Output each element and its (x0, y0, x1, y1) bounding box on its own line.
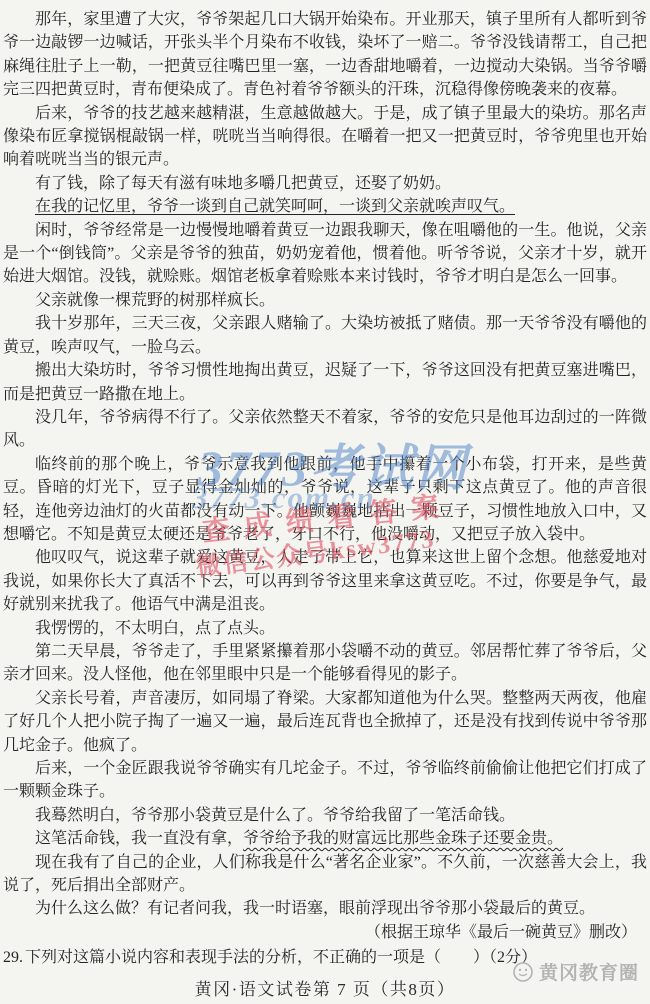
wavy-underlined-sentence: 爷爷给予我的财富远比那些金珠子还要金贵。 (243, 830, 563, 847)
paragraph-10: 临终前的那个晚上，爷爷示意我到他跟前，他手中攥着一个小布袋，打开来，是些黄豆。昏… (3, 453, 647, 547)
paragraph-6: 父亲就像一棵荒野的树那样疯长。 (3, 289, 647, 312)
brand-logo-icon (512, 961, 534, 983)
paragraph-17-wavy: 这笔活命钱，我一直没有拿，爷爷给予我的财富远比那些金珠子还要金贵。 (3, 827, 647, 850)
paragraph-7: 我十岁那年，三天三夜，父亲跟人赌输了。大染坊被抵了赌债。那一天爷爷没有嚼他的黄豆… (3, 312, 647, 359)
paragraph-15: 后来，一个金匠跟我说爷爷确实有几坨金子。不过，爷爷临终前偷偷让他把它们打成了一颗… (3, 757, 647, 804)
underlined-sentence: 在我的记忆里，爷爷一谈到自己就笑呵呵，一谈到父亲就唉声叹气。 (35, 198, 515, 215)
paragraph-9: 没几年，爷爷病得不行了。父亲依然整天不着家，爷爷的安危只是他耳边刮过的一阵微风。 (3, 406, 647, 453)
paragraph-16: 我蓦然明白，爷爷那小袋黄豆是什么了。爷爷给我留了一笔活命钱。 (3, 804, 647, 827)
question-text: 下列对这篇小说内容和表现手法的分析，不正确的一项是（ ）（2分） (25, 949, 537, 966)
reading-passage: 那年，家里遭了大灾，爷爷架起几口大锅开始染布。开业那天，镇子里所有人都听到爷爷一… (0, 0, 650, 970)
paragraph-3: 有了钱，除了每天有滋有味地多嚼几把黄豆，还娶了奶奶。 (3, 172, 647, 195)
paragraph-19: 为什么这么做？有记者问我，我一时语塞，眼前浮现出爷爷那小袋最后的黄豆。 (3, 897, 647, 920)
paragraph-5: 闲时，爷爷经常是一边慢慢地嚼着黄豆一边跟我聊天，像在咀嚼他的一生。他说，父亲是一… (3, 219, 647, 289)
brand-watermark: 黄冈教育圈 (512, 958, 639, 985)
paragraph-2: 后来，爷爷的技艺越来越精湛，生意越做越大。于是，成了镇子里最大的染坊。那名声像染… (3, 102, 647, 172)
paragraph-8: 搬出大染坊时，爷爷习惯性地掏出黄豆，迟疑了一下，爷爷这回没有把黄豆塞进嘴巴，而是… (3, 359, 647, 406)
paragraph-11: 他叹叹气，说这辈子就爱这黄豆，人走了带上它，也算来这世上留个念想。他慈爱地对我说… (3, 546, 647, 616)
paragraph-18: 现在我有了自己的企业，人们称我是什么“著名企业家”。不久前，一次慈善大会上，我说… (3, 851, 647, 898)
exam-paper-page: 那年，家里遭了大灾，爷爷架起几口大锅开始染布。开业那天，镇子里所有人都听到爷爷一… (0, 0, 650, 1004)
paragraph-12: 我愣愣的，不太明白，点了点头。 (3, 617, 647, 640)
brand-name: 黄冈教育圈 (539, 958, 639, 985)
paragraph-14: 父亲长号着，声音凄厉，如同塌了脊梁。大家都知道他为什么哭。整整两天两夜，他雇了好… (3, 687, 647, 757)
paragraph-13: 第二天早晨，爷爷走了，手里紧紧攥着那小袋嚼不动的黄豆。邻居帮忙葬了爷爷后，父亲才… (3, 640, 647, 687)
paragraph-4-underlined: 在我的记忆里，爷爷一谈到自己就笑呵呵，一谈到父亲就唉声叹气。 (3, 195, 647, 218)
question-number: 29. (3, 949, 25, 966)
plain-sentence: 这笔活命钱，我一直没有拿， (35, 830, 243, 847)
paragraph-1: 那年，家里遭了大灾，爷爷架起几口大锅开始染布。开业那天，镇子里所有人都听到爷爷一… (3, 8, 647, 102)
source-attribution: （根据王琼华《最后一碗黄豆》删改） (3, 921, 647, 944)
